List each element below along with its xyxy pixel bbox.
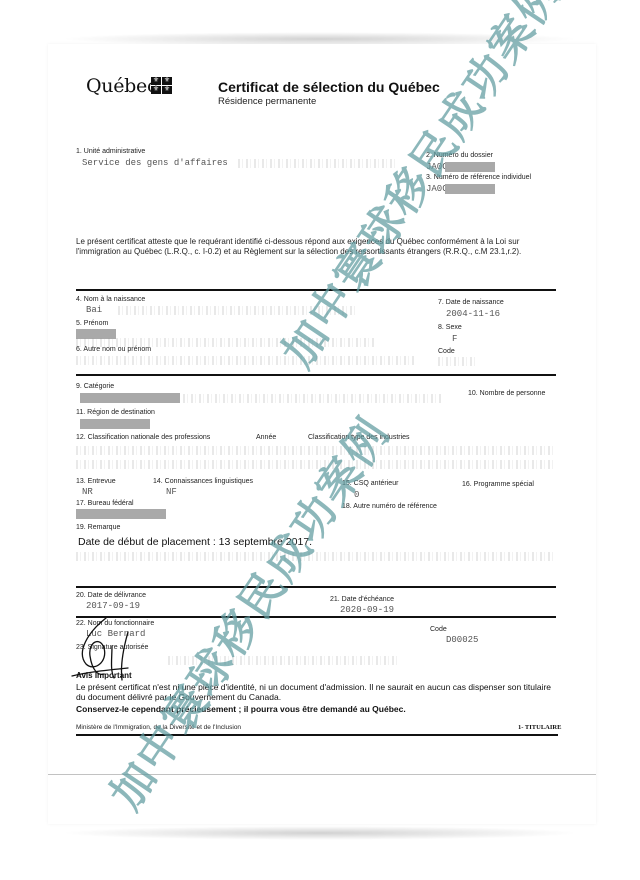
document-subtitle: Résidence permanente — [218, 96, 316, 107]
label-programme-special: 16. Programme spécial — [462, 481, 534, 488]
label-code-fonctionnaire: Code — [430, 626, 447, 633]
value-date-delivrance: 2017-09-19 — [86, 601, 140, 611]
scan-noise — [238, 159, 398, 168]
quebec-logo-text: Québec — [86, 75, 157, 97]
scan-noise — [168, 656, 398, 665]
label-sexe: 8. Sexe — [438, 324, 462, 331]
label-date-naissance: 7. Date de naissance — [438, 299, 504, 306]
value-csq-anterieur: 0 — [354, 490, 359, 500]
handwritten-signature — [68, 612, 178, 692]
label-unite-admin: 1. Unité administrative — [76, 148, 145, 155]
label-entrevue: 13. Entrevue — [76, 478, 116, 485]
value-connaissances: NF — [166, 487, 177, 497]
label-autre-numero: 18. Autre numéro de référence — [342, 503, 437, 510]
redaction-block — [445, 162, 495, 172]
fleur-de-lis-flag-icon: ⚜⚜ ⚜⚜ — [151, 77, 172, 94]
label-annee: Année — [256, 434, 276, 441]
label-classification-prof: 12. Classification nationale des profess… — [76, 434, 210, 441]
scan-noise — [438, 357, 478, 366]
footer-divider — [76, 734, 558, 736]
scan-noise — [76, 446, 556, 455]
label-nom-naissance: 4. Nom à la naissance — [76, 296, 145, 303]
value-date-naissance: 2004-11-16 — [446, 309, 500, 319]
label-numero-reference: 3. Numéro de référence individuel — [426, 174, 531, 181]
label-autre-nom: 6. Autre nom ou prénom — [76, 346, 151, 353]
label-csq-anterieur: 15. CSQ antérieur — [342, 480, 398, 487]
label-categorie: 9. Catégorie — [76, 383, 114, 390]
section-divider — [76, 586, 556, 588]
redaction-block — [80, 393, 180, 403]
scan-noise — [76, 552, 556, 561]
paper-shadow-bottom — [60, 826, 580, 840]
value-remarque: Date de début de placement : 13 septembr… — [78, 536, 312, 548]
copy-designation: 1- TITULAIRE — [518, 724, 561, 731]
label-date-delivrance: 20. Date de délivrance — [76, 592, 146, 599]
value-sexe: F — [452, 334, 457, 344]
label-nombre-personne: 10. Nombre de personne — [468, 390, 545, 397]
label-prenom: 5. Prénom — [76, 320, 108, 327]
scan-noise — [76, 460, 556, 469]
scan-noise — [76, 356, 416, 365]
label-code-personne: Code — [438, 348, 455, 355]
redaction-block — [76, 509, 166, 519]
redaction-block — [445, 184, 495, 194]
document-title: Certificat de sélection du Québec — [218, 79, 440, 95]
avis-bold: Conservez-le cependant précieusement ; i… — [76, 704, 406, 714]
label-bureau-federal: 17. Bureau fédéral — [76, 500, 134, 507]
scan-noise — [118, 306, 358, 315]
redaction-block — [80, 419, 150, 429]
value-entrevue: NR — [82, 487, 93, 497]
value-code-fonctionnaire: D00025 — [446, 635, 478, 645]
label-numero-dossier: 2. Numéro du dossier — [426, 152, 493, 159]
section-divider — [76, 289, 556, 291]
label-remarque: 19. Remarque — [76, 524, 120, 531]
scan-noise — [183, 394, 443, 403]
intro-paragraph: Le présent certificat atteste que le req… — [76, 237, 566, 257]
label-region: 11. Région de destination — [76, 409, 155, 416]
label-classification-ind: Classification type des industries — [308, 434, 410, 441]
certificate-document: Québec ⚜⚜ ⚜⚜ Certificat de sélection du … — [48, 44, 596, 824]
value-unite-admin: Service des gens d'affaires — [82, 158, 228, 168]
label-date-echeance: 21. Date d'échéance — [330, 596, 394, 603]
value-date-echeance: 2020-09-19 — [340, 605, 394, 615]
value-nom-naissance: Bai — [86, 305, 102, 315]
label-connaissances: 14. Connaissances linguistiques — [153, 478, 253, 485]
ministry-name: Ministère de l'Immigration, de la Divers… — [76, 724, 241, 731]
section-divider — [76, 374, 556, 376]
paper-fold-line — [48, 774, 596, 775]
